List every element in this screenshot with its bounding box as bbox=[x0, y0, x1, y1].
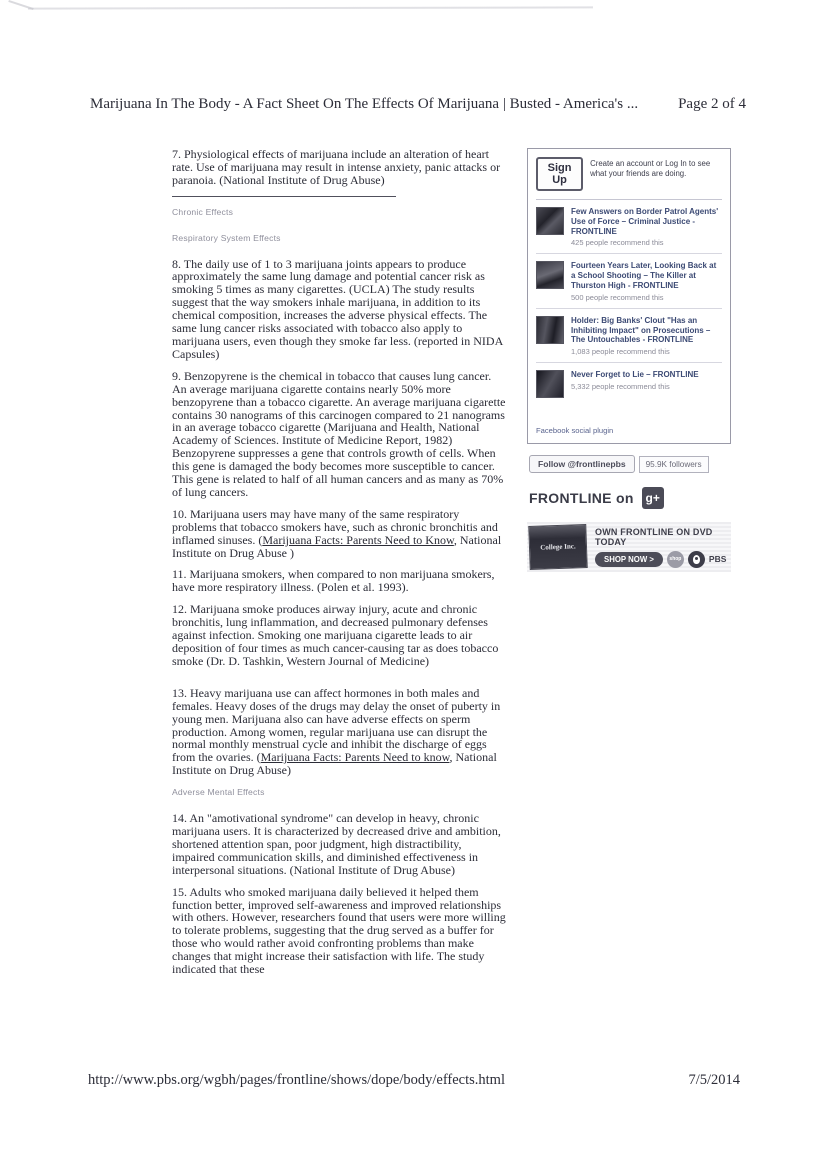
facebook-recommended-list: Few Answers on Border Patrol Agents' Use… bbox=[536, 200, 722, 404]
shop-now-button[interactable]: SHOP NOW > bbox=[595, 552, 663, 567]
scan-artifact-corner bbox=[8, 0, 33, 10]
article-paragraph: 12. Marijuana smoke produces airway inju… bbox=[172, 603, 506, 668]
paragraph-text: 9. Benzopyrene is the chemical in tobacc… bbox=[172, 369, 506, 499]
story-title-link[interactable]: Few Answers on Border Patrol Agents' Use… bbox=[571, 207, 722, 236]
story-recommend-count: 500 people recommend this bbox=[571, 293, 722, 302]
paragraph-text: 11. Marijuana smokers, when compared to … bbox=[172, 567, 494, 594]
article-paragraph: 14. An "amotivational syndrome" can deve… bbox=[172, 812, 506, 877]
facebook-story-item[interactable]: Fourteen Years Later, Looking Back at a … bbox=[536, 254, 722, 308]
facebook-plugin-footer-link[interactable]: Facebook social plugin bbox=[536, 426, 722, 437]
paragraph-text: 7. Physiological effects of marijuana in… bbox=[172, 147, 500, 187]
story-recommend-count: 425 people recommend this bbox=[571, 238, 722, 247]
facebook-plugin-header: Sign Up Create an account or Log In to s… bbox=[536, 157, 722, 200]
scan-artifact-line bbox=[28, 6, 593, 9]
story-title-link[interactable]: Holder: Big Banks' Clout "Has an Inhibit… bbox=[571, 316, 722, 345]
section-subheading: Chronic Effects bbox=[172, 206, 506, 219]
printed-page-header: Marijuana In The Body - A Fact Sheet On … bbox=[90, 96, 746, 113]
document-title: Marijuana In The Body - A Fact Sheet On … bbox=[90, 96, 638, 113]
article-paragraph: 9. Benzopyrene is the chemical in tobacc… bbox=[172, 370, 506, 499]
article-column: 7. Physiological effects of marijuana in… bbox=[172, 148, 506, 985]
section-subheading: Respiratory System Effects bbox=[172, 232, 506, 245]
story-recommend-count: 1,083 people recommend this bbox=[571, 347, 722, 356]
sign-up-button[interactable]: Sign Up bbox=[536, 157, 583, 191]
frontline-on-label: FRONTLINE on bbox=[529, 490, 634, 506]
footer-url: http://www.pbs.org/wgbh/pages/frontline/… bbox=[88, 1072, 505, 1089]
dvd-cta-row: SHOP NOW > shop PBS bbox=[595, 551, 729, 568]
article-paragraph: 7. Physiological effects of marijuana in… bbox=[172, 148, 506, 187]
twitter-followers-badge: 95.9K followers bbox=[639, 456, 709, 473]
story-thumbnail-image bbox=[536, 261, 564, 289]
dvd-promo-headline: OWN FRONTLINE ON DVD TODAY bbox=[595, 527, 729, 547]
facebook-login-text: Create an account or Log In to see what … bbox=[590, 157, 722, 178]
article-paragraph: 10. Marijuana users may have many of the… bbox=[172, 508, 506, 560]
sidebar: Sign Up Create an account or Log In to s… bbox=[527, 148, 731, 572]
google-plus-row: FRONTLINE on g+ bbox=[529, 487, 731, 509]
shop-pbs-icon[interactable]: shop bbox=[667, 551, 684, 568]
paragraph-text: 8. The daily use of 1 to 3 marijuana joi… bbox=[172, 257, 503, 361]
story-thumbnail-image bbox=[536, 316, 564, 344]
article-paragraph: 15. Adults who smoked marijuana daily be… bbox=[172, 886, 506, 976]
dvd-promo-content: OWN FRONTLINE ON DVD TODAY SHOP NOW > sh… bbox=[595, 527, 729, 568]
story-title-link[interactable]: Never Forget to Lie – FRONTLINE bbox=[571, 370, 722, 380]
pbs-label: PBS bbox=[709, 554, 726, 564]
facebook-story-item[interactable]: Few Answers on Border Patrol Agents' Use… bbox=[536, 200, 722, 254]
story-thumbnail-image bbox=[536, 370, 564, 398]
twitter-follow-button[interactable]: Follow @frontlinepbs bbox=[529, 455, 635, 473]
inline-citation-link[interactable]: Marijuana Facts: Parents Need to know bbox=[261, 750, 450, 764]
paragraph-text: 14. An "amotivational syndrome" can deve… bbox=[172, 811, 501, 877]
dvd-promo-banner[interactable]: College Inc. OWN FRONTLINE ON DVD TODAY … bbox=[527, 522, 731, 572]
article-paragraph: 11. Marijuana smokers, when compared to … bbox=[172, 568, 506, 594]
article-paragraph: 8. The daily use of 1 to 3 marijuana joi… bbox=[172, 258, 506, 361]
story-text: Never Forget to Lie – FRONTLINE5,332 peo… bbox=[571, 370, 722, 398]
twitter-row: Follow @frontlinepbs 95.9K followers bbox=[529, 455, 731, 473]
story-recommend-count: 5,332 people recommend this bbox=[571, 382, 722, 391]
story-text: Holder: Big Banks' Clout "Has an Inhibit… bbox=[571, 316, 722, 356]
pbs-logo-icon bbox=[688, 551, 705, 568]
google-plus-icon[interactable]: g+ bbox=[642, 487, 664, 509]
facebook-story-item[interactable]: Never Forget to Lie – FRONTLINE5,332 peo… bbox=[536, 363, 722, 404]
facebook-story-item[interactable]: Holder: Big Banks' Clout "Has an Inhibit… bbox=[536, 309, 722, 363]
section-divider bbox=[172, 196, 396, 197]
story-title-link[interactable]: Fourteen Years Later, Looking Back at a … bbox=[571, 261, 722, 290]
dvd-cover-title: College Inc. bbox=[540, 543, 576, 552]
paragraph-text: 15. Adults who smoked marijuana daily be… bbox=[172, 885, 506, 976]
story-thumbnail-image bbox=[536, 207, 564, 235]
footer-date: 7/5/2014 bbox=[688, 1072, 740, 1089]
page-number: Page 2 of 4 bbox=[678, 96, 746, 113]
article-paragraph: 13. Heavy marijuana use can affect hormo… bbox=[172, 687, 506, 777]
inline-citation-link[interactable]: Marijuana Facts: Parents Need to Know bbox=[262, 533, 454, 547]
section-subheading: Adverse Mental Effects bbox=[172, 786, 506, 799]
story-text: Few Answers on Border Patrol Agents' Use… bbox=[571, 207, 722, 247]
printed-page-footer: http://www.pbs.org/wgbh/pages/frontline/… bbox=[88, 1072, 744, 1089]
dvd-cover-thumbnail: College Inc. bbox=[528, 524, 588, 570]
story-text: Fourteen Years Later, Looking Back at a … bbox=[571, 261, 722, 301]
facebook-activity-plugin: Sign Up Create an account or Log In to s… bbox=[527, 148, 731, 444]
paragraph-text: 12. Marijuana smoke produces airway inju… bbox=[172, 602, 498, 668]
